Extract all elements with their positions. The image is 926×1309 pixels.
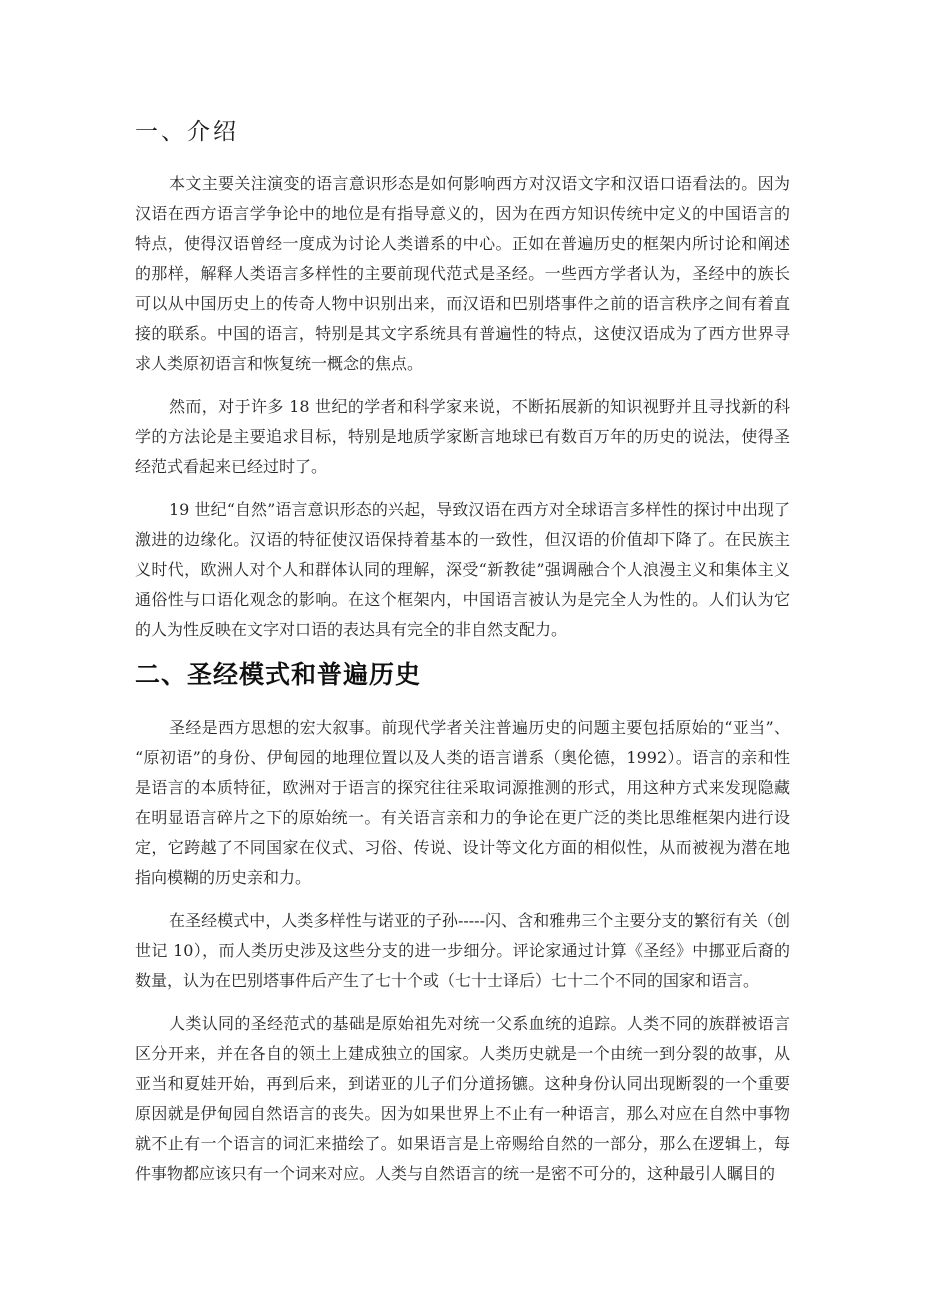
paragraph-biblical-3: 人类认同的圣经范式的基础是原始祖先对统一父系血统的追踪。人类不同的族群被语言区分… — [135, 1009, 790, 1189]
section-heading-biblical-model: 二、圣经模式和普遍历史 — [135, 658, 790, 692]
paragraph-intro-3: 19 世纪“自然”语言意识形态的兴起，导致汉语在西方对全球语言多样性的探讨中出现… — [135, 495, 790, 645]
document-page: 一、介绍 本文主要关注演变的语言意识形态是如何影响西方对汉语文字和汉语口语看法的… — [0, 0, 926, 1309]
paragraph-intro-1: 本文主要关注演变的语言意识形态是如何影响西方对汉语文字和汉语口语看法的。因为汉语… — [135, 169, 790, 379]
paragraph-biblical-2: 在圣经模式中，人类多样性与诺亚的子孙-----闪、含和雅弗三个主要分支的繁衍有关… — [135, 906, 790, 996]
paragraph-intro-2: 然而，对于许多 18 世纪的学者和科学家来说，不断拓展新的知识视野并且寻找新的科… — [135, 392, 790, 482]
section-heading-introduction: 一、介绍 — [135, 116, 790, 148]
page-content: 一、介绍 本文主要关注演变的语言意识形态是如何影响西方对汉语文字和汉语口语看法的… — [135, 116, 790, 1189]
paragraph-biblical-1: 圣经是西方思想的宏大叙事。前现代学者关注普遍历史的问题主要包括原始的“亚当”、“… — [135, 713, 790, 893]
